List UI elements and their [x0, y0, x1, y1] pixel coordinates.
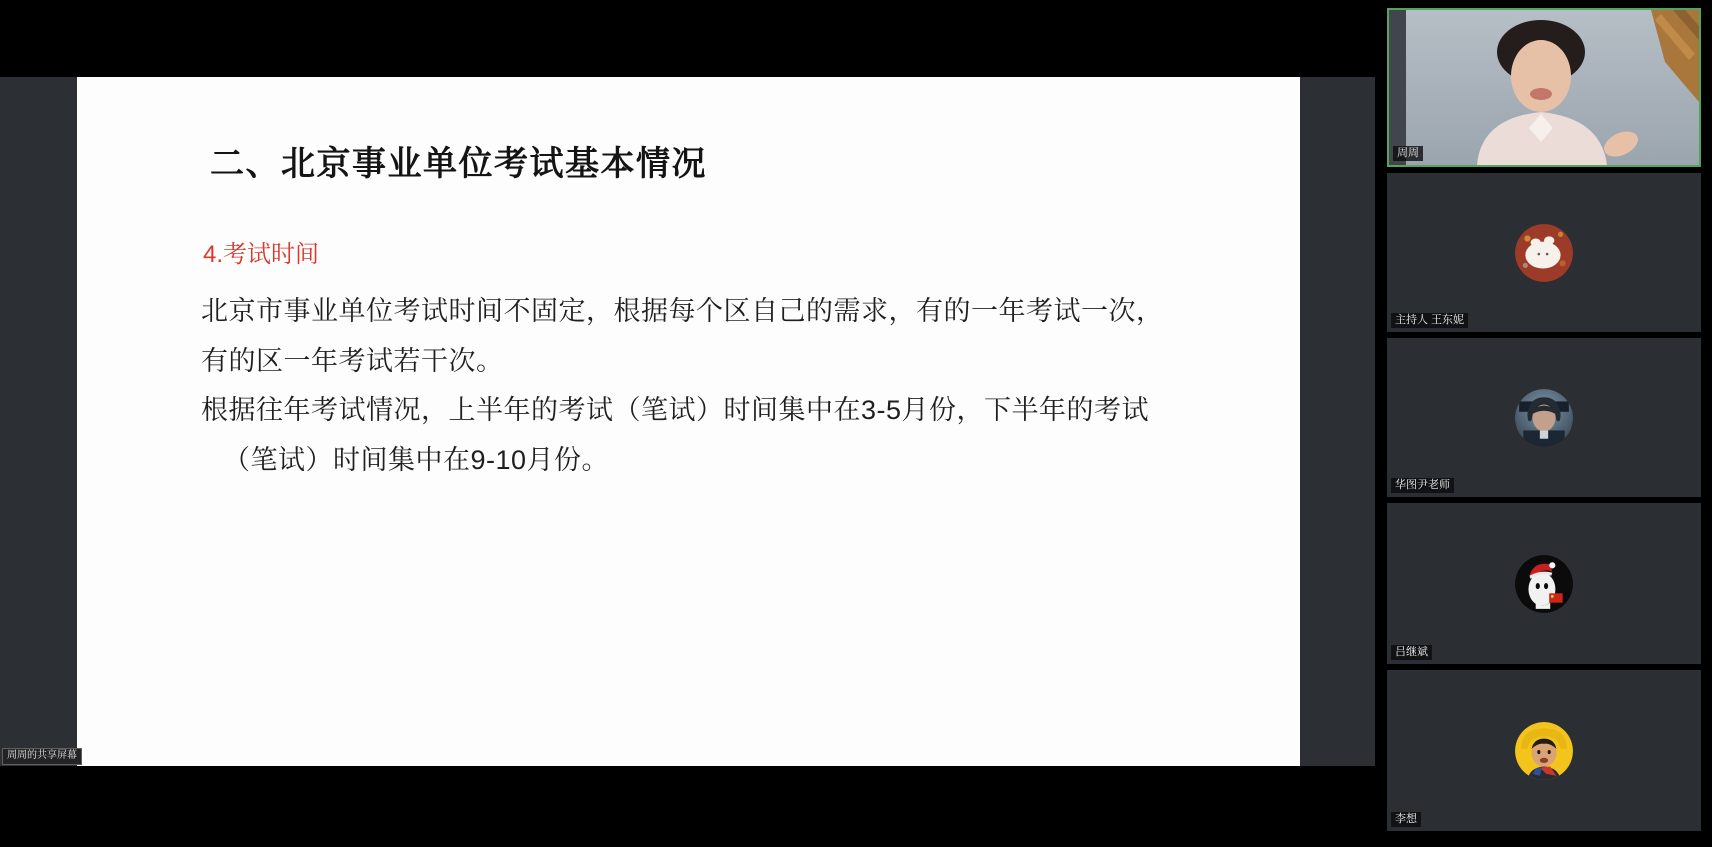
- share-letterbox-right: [1300, 77, 1375, 766]
- participant-tile-lixiang[interactable]: 李想: [1387, 670, 1701, 831]
- slide-body-line: （笔试）时间集中在9-10月份。: [201, 436, 1201, 486]
- avatar-photo-person: [1515, 389, 1573, 447]
- share-letterbox-left: [0, 77, 77, 766]
- slide-title: 二、北京事业单位考试基本情况: [210, 144, 707, 184]
- participant-name-label: 吕继斌: [1391, 645, 1432, 660]
- avatar-child-yellow-hat: [1515, 722, 1573, 780]
- presentation-slide: 二、北京事业单位考试基本情况 4.考试时间 北京市事业单位考试时间不固定，根据每…: [77, 77, 1300, 766]
- participant-tile-teacher-yin[interactable]: 华图尹老师: [1387, 338, 1701, 497]
- slide-body-line: 有的区一年考试若干次。: [201, 337, 1201, 387]
- participant-name-label: 华图尹老师: [1391, 478, 1454, 493]
- meeting-window: 二、北京事业单位考试基本情况 4.考试时间 北京市事业单位考试时间不固定，根据每…: [0, 0, 1712, 847]
- share-banner: 周周的共享屏幕: [2, 748, 82, 765]
- slide-body-line: 根据往年考试情况，上半年的考试（笔试）时间集中在3-5月份，下半年的考试: [201, 386, 1201, 436]
- participant-name-label: 李想: [1391, 812, 1421, 827]
- participant-tile-zhouzhou[interactable]: 周周: [1387, 8, 1701, 167]
- slide-body: 北京市事业单位考试时间不固定，根据每个区自己的需求，有的一年考试一次， 有的区一…: [201, 287, 1201, 485]
- avatar-bun-cartoon: [1515, 224, 1573, 282]
- slide-body-line: 北京市事业单位考试时间不固定，根据每个区自己的需求，有的一年考试一次，: [201, 287, 1201, 337]
- participant-name-label: 主持人 王东妮: [1391, 313, 1468, 328]
- participant-name-label: 周周: [1393, 146, 1423, 161]
- slide-section-heading: 4.考试时间: [203, 241, 319, 269]
- participant-tile-host[interactable]: 主持人 王东妮: [1387, 173, 1701, 332]
- participant-tile-lvjibin[interactable]: 吕继斌: [1387, 503, 1701, 664]
- avatar-santa-cartoon: [1515, 555, 1573, 613]
- participant-video: [1389, 10, 1699, 165]
- participants-sidebar: 周周 主持人 王东妮: [1387, 8, 1701, 831]
